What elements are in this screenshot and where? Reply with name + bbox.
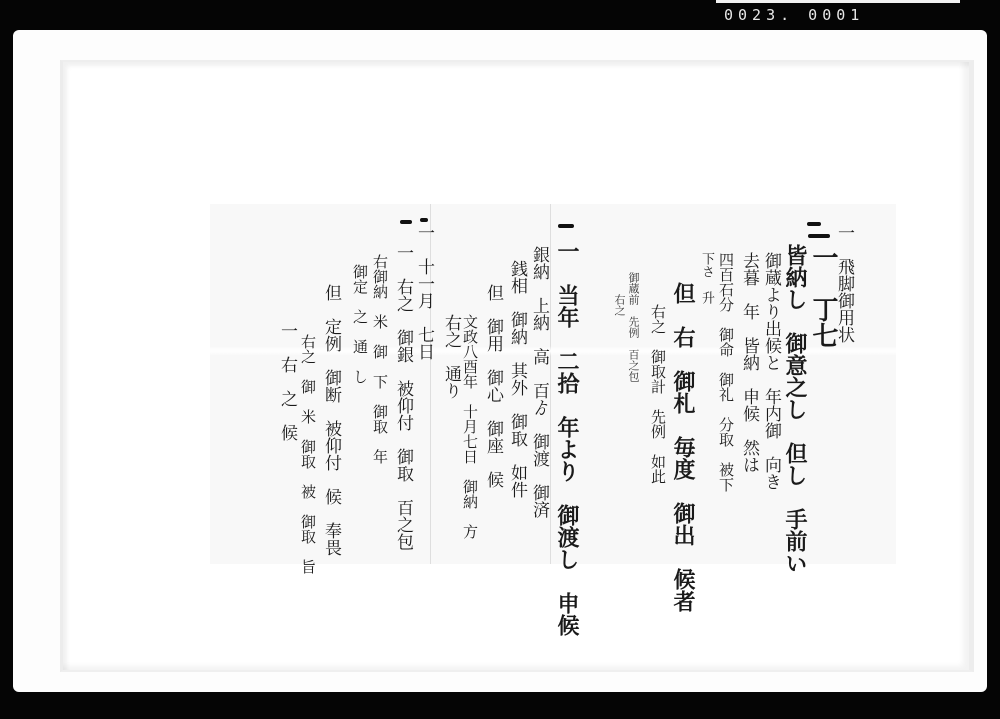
item-mark: [420, 218, 428, 222]
text-column: 皆納し 御意之し 但し 手前い: [784, 244, 806, 574]
paper-seam: [550, 204, 551, 564]
text-column: 右之 御 米 御取 被 御取 旨: [300, 334, 315, 574]
item-mark: [400, 220, 412, 224]
text-column: 但 右 御札 毎度 御出 候者: [672, 282, 694, 612]
text-column: 右之 通り: [442, 314, 459, 399]
text-column: 一 右 之 候: [278, 322, 295, 441]
microfilm-mount: 一 飛脚御用状 一 丁七 皆納し 御意之し 但し 手前い 御蔵より出候と 年内御…: [13, 30, 987, 692]
text-column: 文政八酉年 十月七日 御納 方: [462, 314, 477, 539]
marginal-note: 右之: [614, 294, 625, 316]
text-column: 右御納 米 御 下 御取 年: [372, 254, 387, 464]
inner-mat: 一 飛脚御用状 一 丁七 皆納し 御意之し 但し 手前い 御蔵より出候と 年内御…: [60, 60, 974, 672]
text-column: 一 十一月 七日: [415, 224, 432, 360]
frame-number: 0023. 0001: [724, 6, 864, 24]
text-column: 但 定例 御断 被仰付 候 奉畏: [322, 284, 339, 556]
text-column: 一 丁七: [810, 244, 836, 348]
marginal-note: 御蔵前 先例 百之包: [628, 272, 639, 382]
text-column: 一 右之 御銀 被仰付 御取 百之包: [394, 244, 411, 550]
item-mark: [558, 224, 574, 228]
text-column: 去暮 年 皆納 申候 然は: [740, 252, 757, 473]
text-column: 銀納 上納 高 百ゟ 御渡 御済: [530, 246, 547, 518]
document-sheet: 一 飛脚御用状 一 丁七 皆納し 御意之し 但し 手前い 御蔵より出候と 年内御…: [210, 204, 896, 564]
item-mark: [808, 234, 830, 238]
text-column: 一 当年 二拾 年より 御渡し 申候: [556, 240, 578, 636]
text-column: 御蔵より出候と 年内御 向き: [762, 252, 779, 490]
item-mark: [807, 222, 821, 226]
text-column: 御定 之 通 し: [352, 264, 367, 384]
text-column: 銭相 御納 其外 御取 如件: [508, 260, 525, 498]
text-column: 四百石分 御命 御礼 分取 被下: [718, 252, 733, 492]
film-label-strip: [716, 0, 960, 3]
text-column: 下さ 升: [700, 252, 713, 304]
text-column: 但 御用 御心 御座 候: [484, 284, 501, 488]
text-column: 右之 御取計 先例 如此: [650, 304, 665, 484]
